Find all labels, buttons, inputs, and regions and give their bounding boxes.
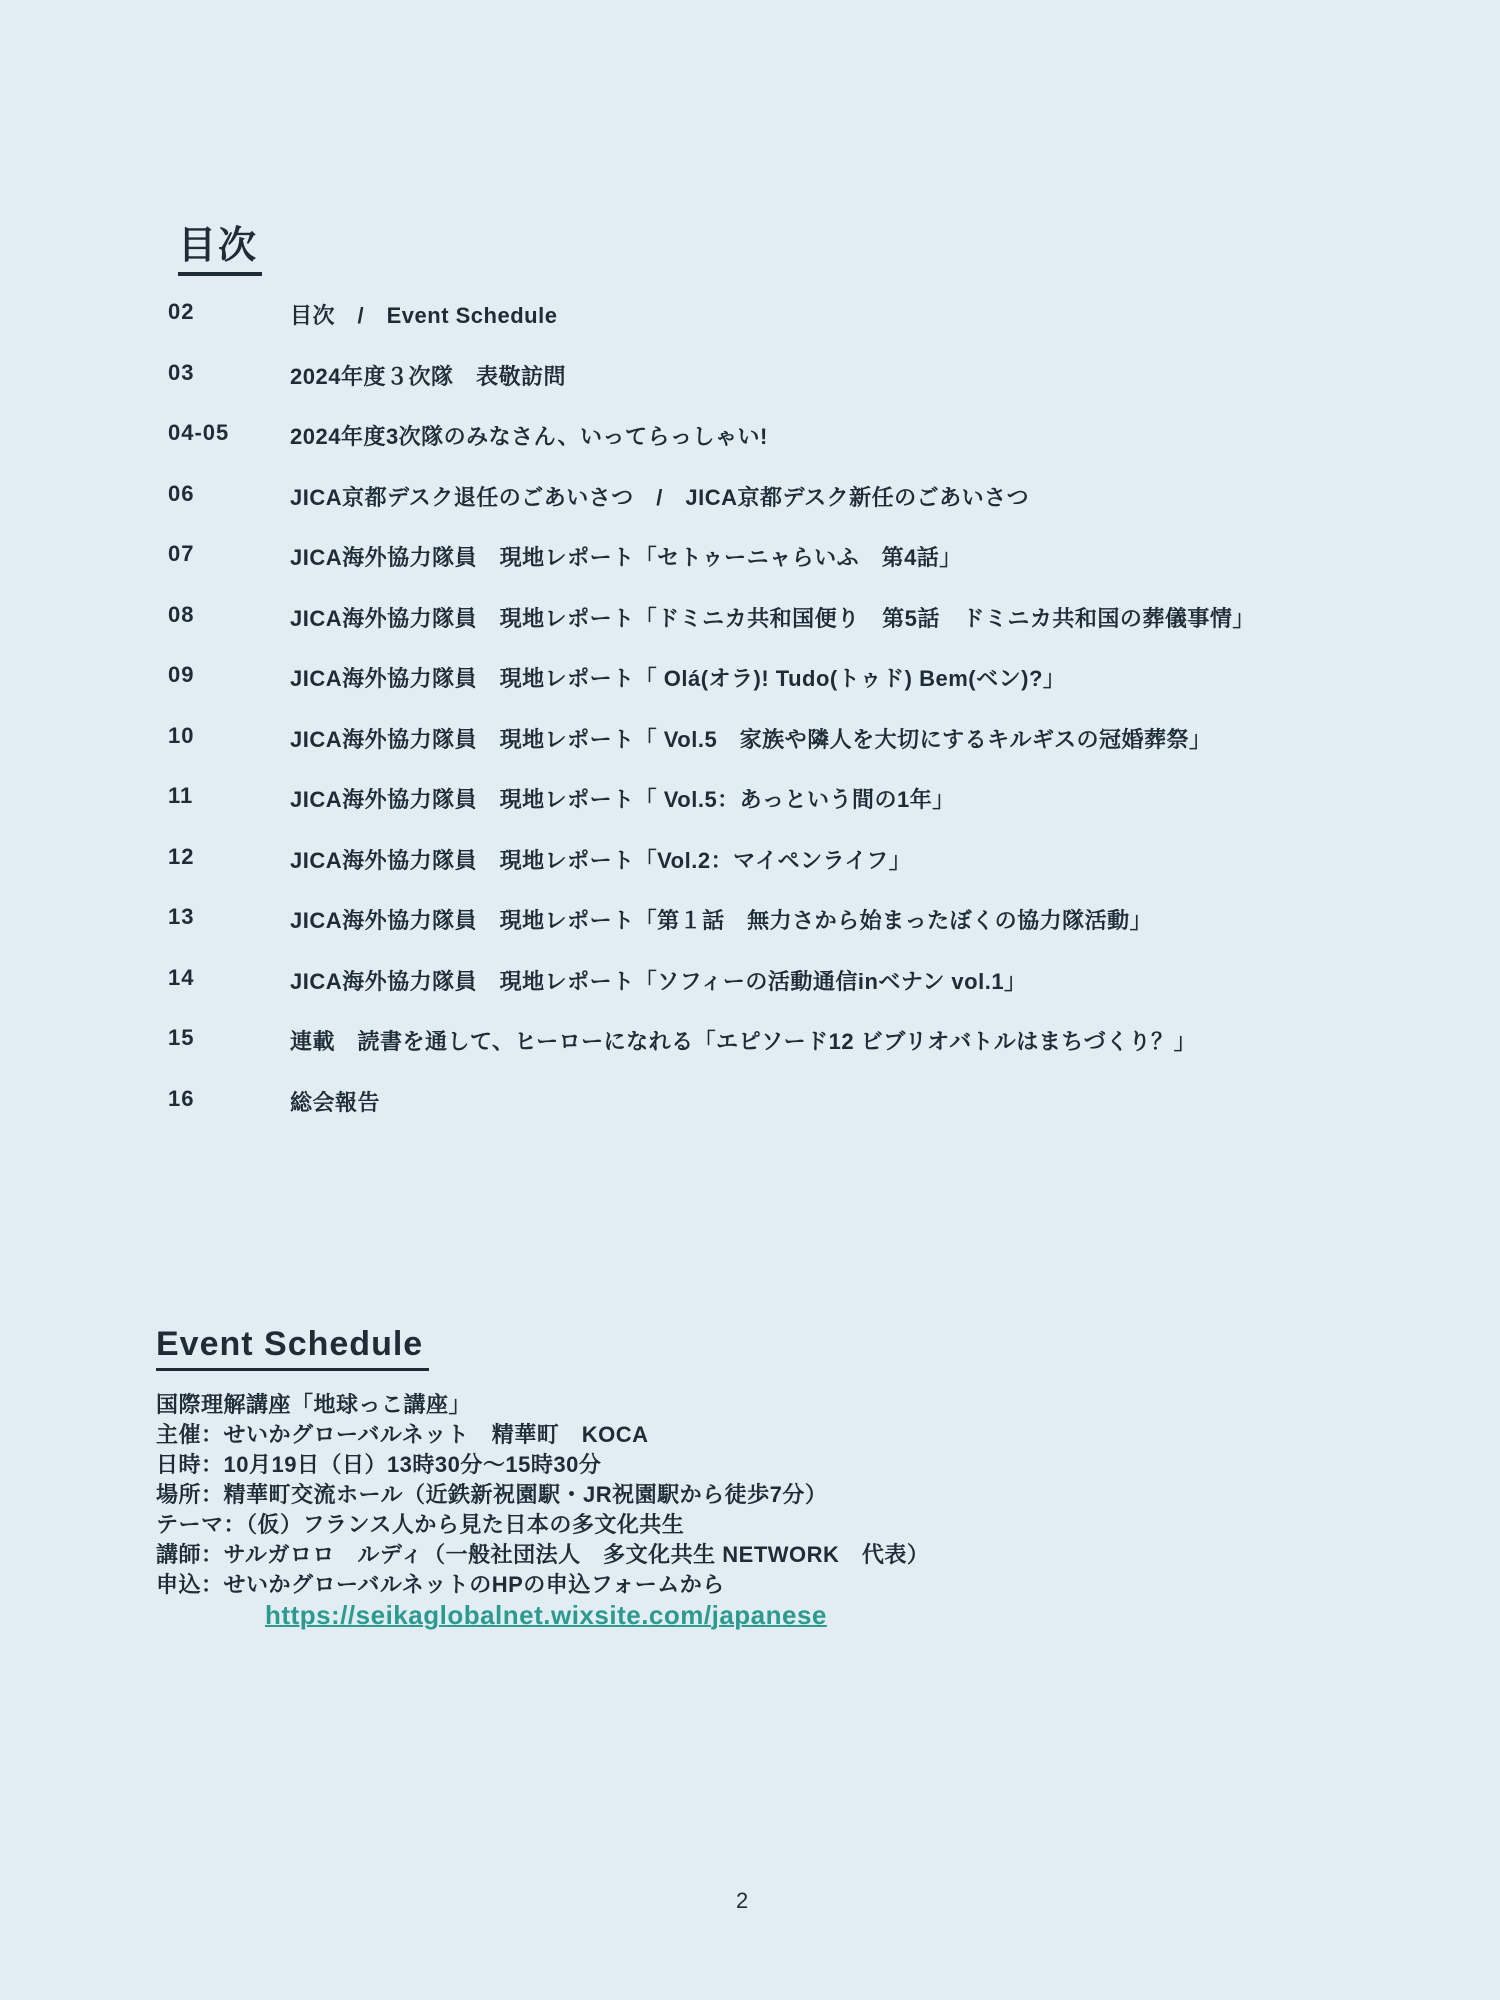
toc-row: 16総会報告 — [168, 1086, 1460, 1147]
toc-item-title: JICA海外協力隊員 現地レポート「 Vol.5：あっという間の1年」 — [290, 783, 955, 814]
toc-row: 13JICA海外協力隊員 現地レポート「第１話 無力さから始まったぼくの協力隊活… — [168, 904, 1460, 965]
event-detail-line: テーマ：（仮）フランス人から見た日本の多文化共生 — [156, 1510, 929, 1540]
event-detail-line: 国際理解講座「地球っこ講座」 — [156, 1390, 929, 1420]
toc-item-title: 2024年度3次隊のみなさん、いってらっしゃい! — [290, 420, 768, 451]
event-registration-link[interactable]: https://seikaglobalnet.wixsite.com/japan… — [265, 1600, 827, 1631]
toc-item-title: JICA海外協力隊員 現地レポート「 Olá(オラ)! Tudo(トゥド) Be… — [290, 662, 1065, 693]
toc-item-title: JICA海外協力隊員 現地レポート「セトゥーニャらいふ 第4話」 — [290, 541, 962, 572]
toc-item-title: JICA海外協力隊員 現地レポート「ソフィーの活動通信inベナン vol.1」 — [290, 965, 1027, 996]
toc-item-title: 連載 読書を通して、ヒーローになれる「エピソード12 ビブリオバトルはまちづくり… — [290, 1025, 1196, 1056]
toc-page-number: 10 — [168, 723, 290, 749]
toc-page-number: 06 — [168, 481, 290, 507]
toc-item-title: JICA海外協力隊員 現地レポート「Vol.2：マイペンライフ」 — [290, 844, 911, 875]
toc-row: 12JICA海外協力隊員 現地レポート「Vol.2：マイペンライフ」 — [168, 844, 1460, 905]
toc-list: 02目次 / Event Schedule032024年度３次隊 表敬訪問04-… — [168, 299, 1460, 1146]
event-detail-line: 場所：精華町交流ホール（近鉄新祝園駅・JR祝園駅から徒歩7分） — [156, 1480, 929, 1510]
toc-page-number: 16 — [168, 1086, 290, 1112]
toc-item-title: 2024年度３次隊 表敬訪問 — [290, 360, 566, 391]
toc-page-number: 13 — [168, 904, 290, 930]
event-schedule-details: 国際理解講座「地球っこ講座」主催：せいかグローバルネット 精華町 KOCA日時：… — [156, 1390, 929, 1600]
toc-item-title: 目次 / Event Schedule — [290, 299, 557, 330]
toc-page-number: 12 — [168, 844, 290, 870]
toc-page-number: 14 — [168, 965, 290, 991]
document-page: 目次 02目次 / Event Schedule032024年度３次隊 表敬訪問… — [0, 0, 1500, 2000]
toc-page-number: 15 — [168, 1025, 290, 1051]
toc-page-number: 03 — [168, 360, 290, 386]
toc-row: 09JICA海外協力隊員 現地レポート「 Olá(オラ)! Tudo(トゥド) … — [168, 662, 1460, 723]
event-detail-line: 日時：10月19日（日）13時30分～15時30分 — [156, 1450, 929, 1480]
toc-title: 目次 — [178, 214, 262, 276]
toc-page-number: 07 — [168, 541, 290, 567]
toc-item-title: JICA海外協力隊員 現地レポート「第１話 無力さから始まったぼくの協力隊活動」 — [290, 904, 1152, 935]
toc-row: 11JICA海外協力隊員 現地レポート「 Vol.5：あっという間の1年」 — [168, 783, 1460, 844]
toc-page-number: 09 — [168, 662, 290, 688]
event-schedule-title: Event Schedule — [156, 1325, 429, 1371]
event-detail-line: 申込：せいかグローバルネットのHPの申込フォームから — [156, 1570, 929, 1600]
toc-row: 07JICA海外協力隊員 現地レポート「セトゥーニャらいふ 第4話」 — [168, 541, 1460, 602]
toc-row: 15連載 読書を通して、ヒーローになれる「エピソード12 ビブリオバトルはまちづ… — [168, 1025, 1460, 1086]
toc-item-title: JICA京都デスク退任のごあいさつ / JICA京都デスク新任のごあいさつ — [290, 481, 1029, 512]
toc-page-number: 02 — [168, 299, 290, 325]
toc-row: 08JICA海外協力隊員 現地レポート「ドミニカ共和国便り 第5話 ドミニカ共和… — [168, 602, 1460, 663]
toc-page-number: 11 — [168, 783, 290, 809]
toc-page-number: 04-05 — [168, 420, 290, 446]
toc-page-number: 08 — [168, 602, 290, 628]
toc-row: 06JICA京都デスク退任のごあいさつ / JICA京都デスク新任のごあいさつ — [168, 481, 1460, 542]
event-detail-line: 主催：せいかグローバルネット 精華町 KOCA — [156, 1420, 929, 1450]
toc-row: 032024年度３次隊 表敬訪問 — [168, 360, 1460, 421]
page-number: 2 — [736, 1888, 748, 1914]
toc-item-title: JICA海外協力隊員 現地レポート「 Vol.5 家族や隣人を大切にするキルギス… — [290, 723, 1212, 754]
toc-item-title: 総会報告 — [290, 1086, 380, 1117]
toc-row: 14JICA海外協力隊員 現地レポート「ソフィーの活動通信inベナン vol.1… — [168, 965, 1460, 1026]
event-detail-line: 講師：サルガロロ ルディ（一般社団法人 多文化共生 NETWORK 代表） — [156, 1540, 929, 1570]
toc-row: 10JICA海外協力隊員 現地レポート「 Vol.5 家族や隣人を大切にするキル… — [168, 723, 1460, 784]
toc-item-title: JICA海外協力隊員 現地レポート「ドミニカ共和国便り 第5話 ドミニカ共和国の… — [290, 602, 1255, 633]
toc-row: 02目次 / Event Schedule — [168, 299, 1460, 360]
toc-row: 04-05 2024年度3次隊のみなさん、いってらっしゃい! — [168, 420, 1460, 481]
